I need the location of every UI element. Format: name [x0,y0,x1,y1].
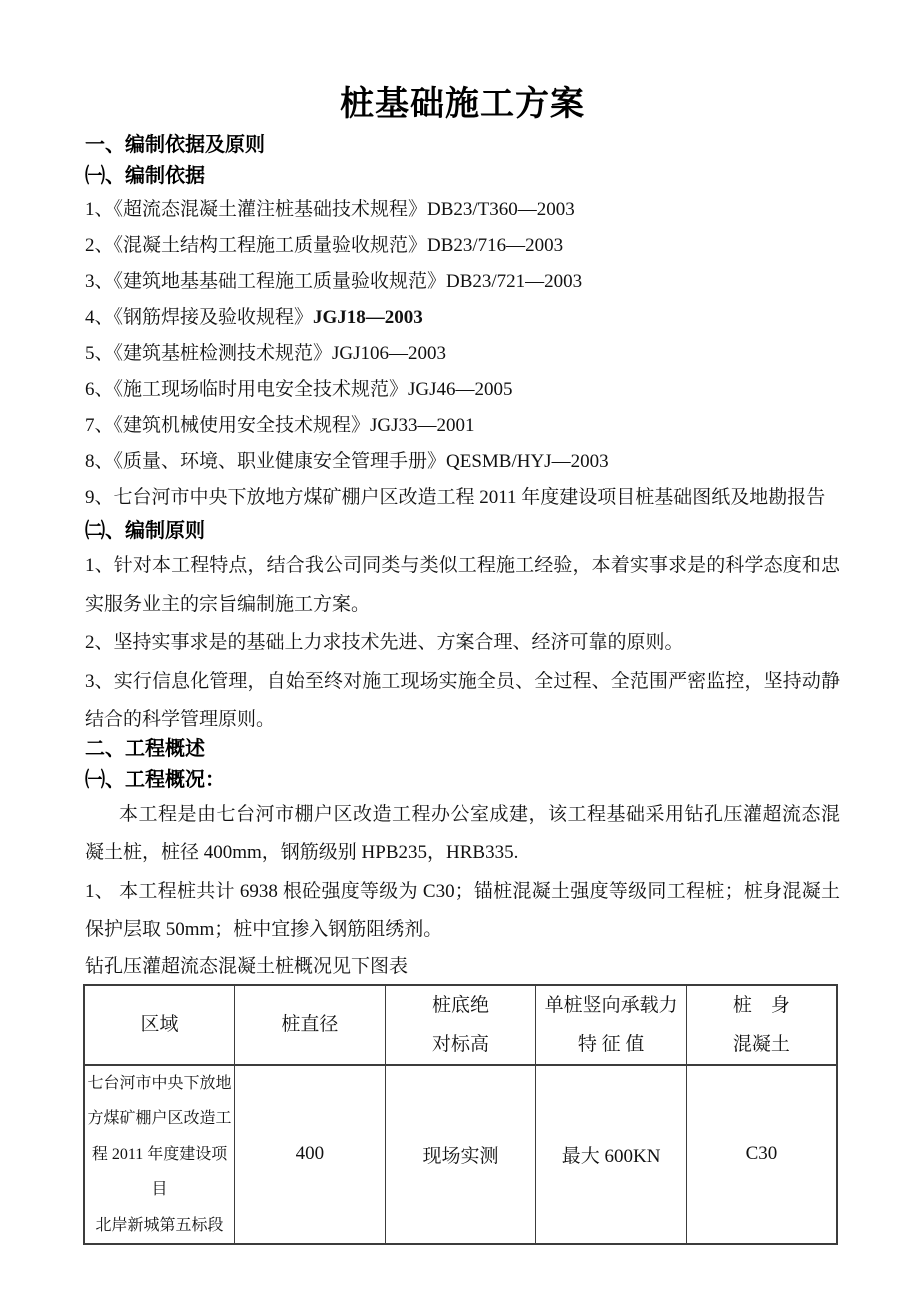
reference-item-1: 1、《超流态混凝土灌注桩基础技术规程》DB23/T360—2003 [85,192,840,228]
document-page: 桩基础施工方案 一、编制依据及原则 ㈠、编制依据 1、《超流态混凝土灌注桩基础技… [0,0,920,1302]
table-header-row: 区域 桩直径 桩底绝 对标高 单桩竖向承载力 特 征 值 桩 身 混凝土 [84,985,837,1065]
reference-text: 6、《施工现场临时用电安全技术规范》JGJ46—2005 [85,379,513,400]
principle-item-2: 2、坚持实事求是的基础上力求技术先进、方案合理、经济可靠的原则。 [85,624,840,663]
reference-text: 4、《钢筋焊接及验收规程》 [85,307,313,328]
reference-code-bold: JGJ18—2003 [313,307,423,328]
reference-item-5: 5、《建筑基桩检测技术规范》JGJ106—2003 [85,336,840,372]
pile-table-caption: 钻孔压灌超流态混凝土桩概况见下图表 [85,950,840,983]
reference-text: 1、《超流态混凝土灌注桩基础技术规程》DB23/T360—2003 [85,199,575,220]
reference-text: 3、《建筑地基基础工程施工质量验收规范》DB23/721—2003 [85,271,582,292]
cell-diameter: 400 [235,1065,386,1245]
project-item-1: 1、 本工程桩共计 6938 根砼强度等级为 C30；锚桩混凝土强度等级同工程桩… [85,873,840,950]
subheading-project-profile: ㈠、工程概况： [85,765,840,796]
subheading-compilation-basis: ㈠、编制依据 [85,161,840,192]
column-header-pile-diameter: 桩直径 [235,985,386,1065]
reference-text: 5、《建筑基桩检测技术规范》JGJ106—2003 [85,343,446,364]
reference-item-9: 9、七台河市中央下放地方煤矿棚户区改造工程 2011 年度建设项目桩基础图纸及地… [85,480,840,516]
heading-project-overview: 二、工程概述 [85,734,840,765]
column-header-pile-concrete: 桩 身 混凝土 [686,985,837,1065]
subheading-compilation-principles: ㈡、编制原则 [85,516,840,547]
reference-item-2: 2、《混凝土结构工程施工质量验收规范》DB23/716—2003 [85,228,840,264]
document-title: 桩基础施工方案 [85,0,840,130]
reference-text: 9、七台河市中央下放地方煤矿棚户区改造工程 2011 年度建设项目桩基础图纸及地… [85,487,825,508]
cell-bottom-elevation: 现场实测 [385,1065,536,1245]
reference-item-8: 8、《质量、环境、职业健康安全管理手册》QESMB/HYJ—2003 [85,444,840,480]
reference-item-7: 7、《建筑机械使用安全技术规程》JGJ33—2001 [85,408,840,444]
cell-region: 七台河市中央下放地 方煤矿棚户区改造工 程 2011 年度建设项目 北岸新城第五… [84,1065,235,1245]
principle-item-1: 1、针对本工程特点，结合我公司同类与类似工程施工经验，本着实事求是的科学态度和忠… [85,547,840,624]
pile-table-header: 区域 桩直径 桩底绝 对标高 单桩竖向承载力 特 征 值 桩 身 混凝土 [84,985,837,1065]
column-header-pile-bottom-elevation: 桩底绝 对标高 [385,985,536,1065]
reference-text: 8、《质量、环境、职业健康安全管理手册》QESMB/HYJ—2003 [85,451,609,472]
reference-text: 7、《建筑机械使用安全技术规程》JGJ33—2001 [85,415,475,436]
reference-item-4: 4、《钢筋焊接及验收规程》JGJ18—2003 [85,300,840,336]
reference-text: 2、《混凝土结构工程施工质量验收规范》DB23/716—2003 [85,235,563,256]
reference-item-3: 3、《建筑地基基础工程施工质量验收规范》DB23/721—2003 [85,264,840,300]
column-header-bearing-capacity: 单桩竖向承载力 特 征 值 [536,985,687,1065]
table-row: 七台河市中央下放地 方煤矿棚户区改造工 程 2011 年度建设项目 北岸新城第五… [84,1065,837,1245]
pile-overview-table: 区域 桩直径 桩底绝 对标高 单桩竖向承载力 特 征 值 桩 身 混凝土 七台河… [83,984,838,1246]
cell-bearing-capacity: 最大 600KN [536,1065,687,1245]
project-intro-paragraph: 本工程是由七台河市棚户区改造工程办公室成建，该工程基础采用钻孔压灌超流态混凝土桩… [85,796,840,873]
heading-basis-and-principles: 一、编制依据及原则 [85,130,840,161]
reference-item-6: 6、《施工现场临时用电安全技术规范》JGJ46—2005 [85,372,840,408]
column-header-region: 区域 [84,985,235,1065]
cell-concrete: C30 [686,1065,837,1245]
pile-table-body: 七台河市中央下放地 方煤矿棚户区改造工 程 2011 年度建设项目 北岸新城第五… [84,1065,837,1245]
principle-item-3: 3、实行信息化管理，自始至终对施工现场实施全员、全过程、全范围严密监控，坚持动静… [85,663,840,740]
